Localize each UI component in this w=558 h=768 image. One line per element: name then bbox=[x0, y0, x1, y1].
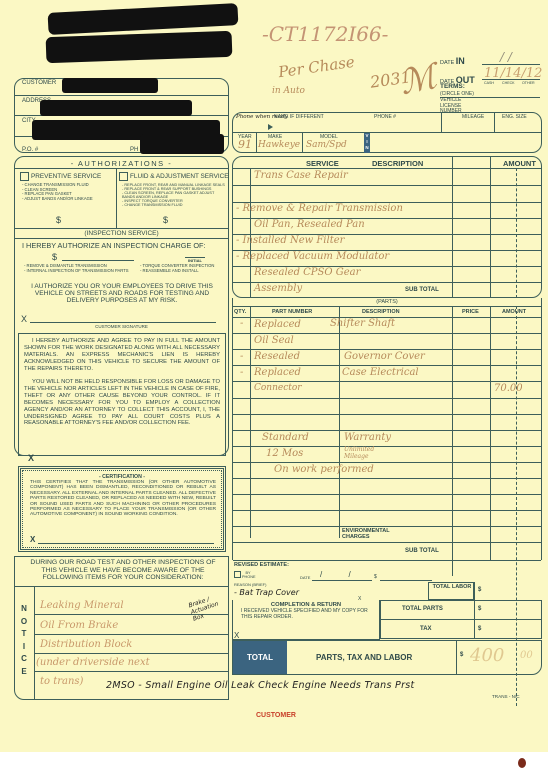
total-parts-value: $ bbox=[478, 606, 481, 612]
preventive-service-title: PREVENTIVE SERVICE bbox=[31, 173, 101, 180]
ro-number-handwritten: -CT1172I66- bbox=[262, 22, 388, 46]
notice-line-1: Leaking Mineral bbox=[40, 600, 124, 611]
drive-authorization-text: I AUTHORIZE YOU OR YOUR EMPLOYEES TO DRI… bbox=[22, 283, 222, 304]
notice-line-3: Distribution Block bbox=[40, 639, 132, 650]
parts-row-3-qty: - bbox=[240, 351, 243, 362]
phone-label: PHONE # bbox=[374, 114, 396, 120]
tax-value: $ bbox=[478, 626, 481, 632]
mileage-label: MILEAGE bbox=[462, 114, 484, 120]
inspection-auth-text: I HEREBY AUTHORIZE AN INSPECTION CHARGE … bbox=[22, 241, 206, 250]
revised-dollar: $ bbox=[374, 574, 377, 580]
customer-copy-label: CUSTOMER bbox=[256, 712, 296, 719]
revised-date-value: / / bbox=[320, 570, 363, 579]
revised-date-label: DATE bbox=[300, 575, 310, 580]
repair-order-form: -CT1172I66- Per Chase 2031 in Auto ℳ CUS… bbox=[0, 0, 548, 752]
parts-row-1-part: Replaced bbox=[254, 319, 301, 330]
total-label: TOTAL bbox=[233, 641, 287, 674]
agreement-text-2: YOU WILL NOT BE HELD RESPONSIBLE FOR LOS… bbox=[24, 379, 220, 427]
inspection-service-title: (INSPECTION SERVICE) bbox=[14, 230, 229, 237]
service-header-service: SERVICE bbox=[306, 159, 339, 168]
parts-row-4-part: Replaced bbox=[254, 367, 301, 378]
by-phone-checkbox[interactable] bbox=[234, 571, 241, 578]
redacted-phone bbox=[140, 134, 224, 154]
parts-row-3-part: Resealed bbox=[254, 351, 300, 362]
certification-signature-x[interactable]: X bbox=[30, 535, 35, 544]
parts-row-10-part: On work performed bbox=[274, 464, 374, 475]
grand-total-dollar: $ bbox=[460, 652, 463, 658]
parts-row-8-part: Standard bbox=[262, 432, 309, 443]
total-labor-value: $ bbox=[478, 587, 481, 593]
model-value: Sam/Spd bbox=[306, 140, 347, 150]
parts-row-5-part: Connector bbox=[254, 383, 302, 393]
terms-cash-option[interactable]: CASH bbox=[484, 81, 494, 85]
date-in-value: / / bbox=[500, 50, 512, 64]
arrow-icon bbox=[268, 124, 273, 130]
parts-row-5-amount: 70.00 bbox=[494, 383, 523, 394]
grand-total-value: 400 bbox=[470, 645, 504, 666]
parts-row-1-qty: - bbox=[240, 318, 243, 329]
customer-signature-line[interactable] bbox=[30, 322, 216, 323]
by-phone-label: BY PHONE bbox=[242, 571, 254, 579]
footer-handwritten-note: 2MSO - Small Engine Oil Leak Check Engin… bbox=[106, 680, 415, 691]
authorizations-title: - AUTHORIZATIONS - bbox=[14, 159, 229, 168]
redacted-shop-header-2 bbox=[46, 31, 233, 63]
service-line-1: Trans Case Repair bbox=[254, 170, 348, 181]
grand-total-cents: 00 bbox=[520, 650, 533, 661]
redacted-customer-name bbox=[62, 78, 158, 93]
parts-row-2-part: Oil Seal bbox=[254, 335, 294, 346]
phone-label-short: PH bbox=[130, 147, 138, 153]
total-parts-label: TOTAL PARTS bbox=[402, 606, 443, 612]
redacted-shop-header bbox=[48, 3, 239, 35]
ink-stain bbox=[518, 758, 526, 768]
parts-header-qty: QTY. bbox=[234, 309, 246, 315]
revised-estimate-title: REVISED ESTIMATE: bbox=[234, 562, 289, 568]
parts-section-label: (PARTS) bbox=[232, 299, 542, 305]
completion-signature-x[interactable]: X bbox=[234, 631, 239, 640]
terms-other-option[interactable]: OTHER bbox=[522, 81, 535, 85]
parts-row-8-desc: Warranty bbox=[344, 432, 391, 443]
service-header-description: DESCRIPTION bbox=[372, 159, 423, 168]
handwritten-note-3: in Auto bbox=[272, 86, 305, 96]
date-in-label: DATE IN bbox=[440, 56, 465, 66]
inspection-items-left: - REMOVE & DISMANTLE TRANSMISSION - INTE… bbox=[24, 264, 129, 273]
service-line-3: - Remove & Repair Transmission bbox=[236, 203, 403, 214]
service-line-8: Assembly bbox=[254, 283, 302, 294]
initials-scribble: ℳ bbox=[396, 57, 440, 104]
customer-label: CUSTOMER bbox=[22, 80, 56, 86]
notice-side-label: N O T I C E bbox=[18, 603, 30, 678]
parts-row-4-desc: Case Electrical bbox=[342, 367, 419, 378]
trans-nc-label: TRANS - N/C bbox=[492, 694, 520, 699]
notice-line-2: Oil From Brake bbox=[40, 620, 118, 631]
certification-text: THIS CERTIFIES THAT THE TRANSMISSION (OR… bbox=[30, 480, 216, 518]
fluid-dollar: $ bbox=[163, 215, 168, 225]
reason-value: - Bat Trap Cover bbox=[234, 588, 299, 597]
parts-row-4-qty: - bbox=[240, 367, 243, 378]
notice-intro: DURING OUR ROAD TEST AND OTHER INSPECTIO… bbox=[24, 559, 222, 582]
customer-signature-caption: CUSTOMER SIGNATURE bbox=[14, 324, 229, 329]
parts-header-amount: AMOUNT bbox=[502, 309, 526, 315]
parts-row-9-desc: Unlimited Mileage bbox=[344, 446, 394, 460]
reason-label: REASON (BRIEF) bbox=[234, 582, 266, 587]
parts-header-part-number: PART NUMBER bbox=[272, 309, 312, 315]
preventive-service-items: - CHANGE TRANSMISSION FLUID - CLEAN SCRE… bbox=[22, 183, 112, 201]
parts-row-3-desc: Governor Cover bbox=[344, 351, 425, 362]
make-value: Hawkeye bbox=[258, 140, 300, 150]
terms-label: TERMS: bbox=[440, 83, 465, 90]
po-label: P.O. # bbox=[22, 147, 38, 153]
parts-row-9-part: 12 Mos bbox=[266, 448, 303, 459]
service-header-amount: AMOUNT bbox=[503, 159, 536, 168]
service-line-6: - Replaced Vacuum Modulator bbox=[236, 251, 389, 262]
notice-line-4: (under driverside next bbox=[36, 657, 150, 668]
environmental-charges-label: ENVIRONMENTAL CHARGES bbox=[342, 528, 402, 540]
fluid-adjustment-title: FLUID & ADJUSTMENT SERVICE bbox=[130, 173, 228, 180]
agreement-text-1: I HEREBY AUTHORIZE AND AGREE TO PAY IN F… bbox=[24, 338, 220, 373]
parts-header-description: DESCRIPTION bbox=[362, 309, 400, 315]
service-line-4: Oil Pan, Resealed Pan bbox=[254, 219, 365, 230]
handwritten-note-1: Per Chase bbox=[277, 53, 356, 82]
parts-tax-labor-label: PARTS, TAX AND LABOR bbox=[316, 653, 412, 662]
parts-subtotal-label: SUB TOTAL bbox=[405, 548, 439, 554]
fluid-adjustment-checkbox[interactable] bbox=[119, 172, 128, 181]
notice-line-5: to trans) bbox=[40, 676, 83, 687]
inspection-items-right: - TORQUE CONVERTER INSPECTION - REASSEMB… bbox=[140, 264, 214, 273]
service-line-7: Resealed CPSO Gear bbox=[254, 267, 360, 278]
parts-row-1-desc: Shifter Shaft bbox=[330, 318, 395, 329]
vin-label: VIN bbox=[364, 133, 370, 153]
name-if-different-label: NAME IF DIFFERENT bbox=[274, 114, 324, 120]
completion-text: I RECEIVED VEHICLE SPECIFIED AND MY COPY… bbox=[241, 609, 371, 621]
preventive-service-checkbox[interactable] bbox=[20, 172, 29, 181]
fluid-adjustment-items: - REPLACE FRONT, REAR AND MANUAL LINKAGE… bbox=[122, 183, 226, 208]
service-line-5: - Installed New Filter bbox=[236, 235, 344, 246]
total-labor-label: TOTAL LABOR bbox=[432, 584, 472, 590]
inspection-dollar: $ bbox=[52, 252, 57, 262]
service-subtotal-label: SUB TOTAL bbox=[405, 287, 439, 293]
terms-check-option[interactable]: CHECK bbox=[502, 81, 515, 85]
redacted-address bbox=[40, 100, 192, 116]
tax-label: TAX bbox=[420, 626, 432, 632]
preventive-dollar: $ bbox=[56, 215, 61, 225]
eng-size-label: ENG. SIZE bbox=[502, 114, 527, 120]
signature-x: X bbox=[21, 314, 27, 324]
parts-header-price: PRICE bbox=[462, 309, 479, 315]
agreement-signature-x[interactable]: X bbox=[28, 453, 34, 463]
year-value: 91 bbox=[238, 138, 252, 151]
